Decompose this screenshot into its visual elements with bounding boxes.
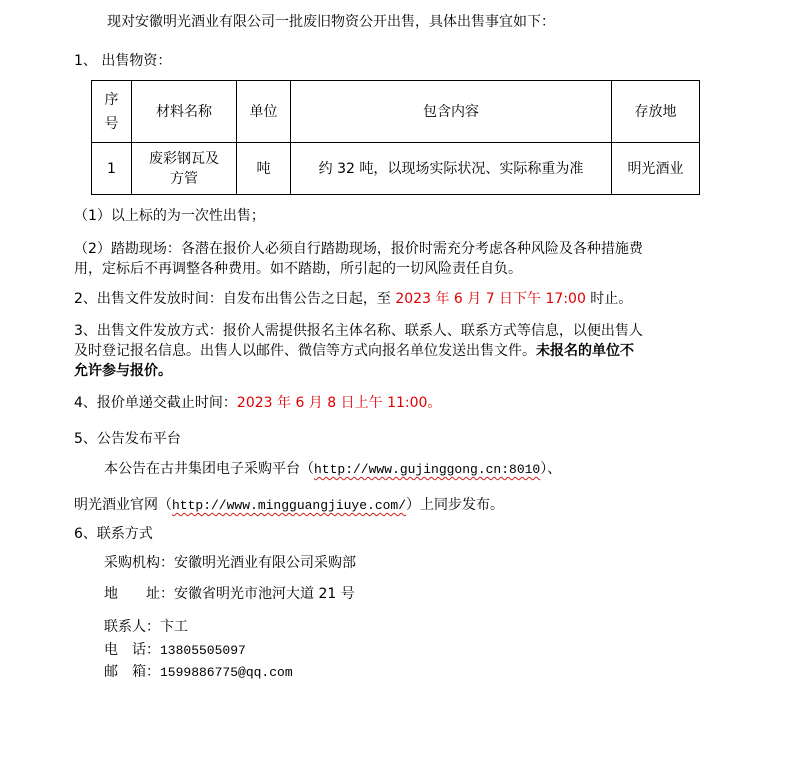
email-line: 邮 箱：1599886775@qq.com — [104, 663, 293, 682]
address-label: 地 址： — [104, 586, 174, 602]
phone-line: 电 话：13805505097 — [104, 641, 246, 660]
org-value: 安徽明光酒业有限公司采购部 — [174, 555, 356, 571]
contact-value: 卞工 — [160, 619, 188, 635]
note-2-line2: 用，定标后不再调整各种费用。如不踏勘，所引起的一切风险责任自负。 — [74, 260, 522, 278]
mingguang-website-link[interactable]: http://www.mingguangjiuye.com/ — [172, 498, 406, 513]
phone-label: 电 话： — [104, 642, 160, 658]
section4-line: 4、报价单递交截止时间：2023 年 6 月 8 日上午 11:00。 — [74, 394, 441, 412]
table-row: 1 废彩钢瓦及 方管 吨 约 32 吨，以现场实际状况、实际称重为准 明光酒业 — [92, 143, 700, 195]
materials-table: 序 号 材料名称 单位 包含内容 存放地 1 废彩钢瓦及 方管 吨 约 32 吨… — [91, 80, 700, 195]
section2-deadline: 2023 年 6 月 7 日下午 17:00 — [395, 291, 586, 307]
section5-line2-suffix: ）上同步发布。 — [406, 497, 504, 513]
section4-deadline: 2023 年 6 月 8 日上午 11:00。 — [237, 395, 442, 411]
section3-line2-bold: 未报名的单位不 — [536, 343, 634, 359]
email-value[interactable]: 1599886775@qq.com — [160, 665, 293, 680]
header-seq-line1: 序 — [92, 88, 131, 112]
cell-content: 约 32 吨，以现场实际状况、实际称重为准 — [291, 143, 612, 195]
section3-line2-normal: 及时登记报名信息。出售人以邮件、微信等方式向报名单位发送出售文件。 — [74, 343, 536, 359]
section2-prefix: 2、出售文件发放时间：自发布出售公告之日起，至 — [74, 291, 395, 307]
email-label: 邮 箱： — [104, 664, 160, 680]
section2-line: 2、出售文件发放时间：自发布出售公告之日起，至 2023 年 6 月 7 日下午… — [74, 290, 632, 308]
gujing-platform-link[interactable]: http://www.gujinggong.cn:8010 — [314, 462, 540, 477]
table-header-row: 序 号 材料名称 单位 包含内容 存放地 — [92, 81, 700, 143]
phone-value: 13805505097 — [160, 643, 246, 658]
note-1: （1）以上标的为一次性出售； — [74, 207, 265, 225]
header-name: 材料名称 — [132, 81, 237, 143]
org-label: 采购机构： — [104, 555, 174, 571]
section5-line2-prefix: 明光酒业官网（ — [74, 497, 172, 513]
cell-name: 废彩钢瓦及 方管 — [132, 143, 237, 195]
org-line: 采购机构：安徽明光酒业有限公司采购部 — [104, 554, 356, 572]
section5-line1-prefix: 本公告在古井集团电子采购平台（ — [104, 461, 314, 477]
cell-location: 明光酒业 — [612, 143, 700, 195]
address-value: 安徽省明光市池河大道 21 号 — [174, 586, 355, 602]
intro-paragraph: 现对安徽明光酒业有限公司一批废旧物资公开出售，具体出售事宜如下： — [107, 13, 555, 31]
header-seq-line2: 号 — [92, 112, 131, 136]
header-location: 存放地 — [612, 81, 700, 143]
section3-line1: 3、出售文件发放方式：报价人需提供报名主体名称、联系人、联系方式等信息，以便出售… — [74, 322, 643, 340]
section1-heading: 1、 出售物资： — [74, 52, 171, 70]
address-line: 地 址：安徽省明光市池河大道 21 号 — [104, 585, 355, 603]
header-seq: 序 号 — [92, 81, 132, 143]
contact-line: 联系人：卞工 — [104, 618, 188, 636]
section5-line1: 本公告在古井集团电子采购平台（http://www.gujinggong.cn:… — [104, 460, 561, 479]
header-content: 包含内容 — [291, 81, 612, 143]
section4-prefix: 4、报价单递交截止时间： — [74, 395, 237, 411]
cell-name-line2: 方管 — [132, 169, 236, 189]
cell-unit: 吨 — [237, 143, 291, 195]
section5-heading: 5、公告发布平台 — [74, 430, 181, 448]
contact-label: 联系人： — [104, 619, 160, 635]
section6-heading: 6、联系方式 — [74, 525, 153, 543]
section2-suffix: 时止。 — [586, 291, 632, 307]
cell-seq: 1 — [92, 143, 132, 195]
section3-line3: 允许参与报价。 — [74, 362, 172, 380]
section5-line1-suffix: ）、 — [540, 461, 561, 477]
section5-line2: 明光酒业官网（http://www.mingguangjiuye.com/）上同… — [74, 496, 504, 515]
cell-name-line1: 废彩钢瓦及 — [132, 149, 236, 169]
section3-line2: 及时登记报名信息。出售人以邮件、微信等方式向报名单位发送出售文件。未报名的单位不 — [74, 342, 634, 360]
note-2-line1: （2）踏勘现场：各潜在报价人必须自行踏勘现场，报价时需充分考虑各种风险及各种措施… — [74, 240, 643, 258]
header-unit: 单位 — [237, 81, 291, 143]
